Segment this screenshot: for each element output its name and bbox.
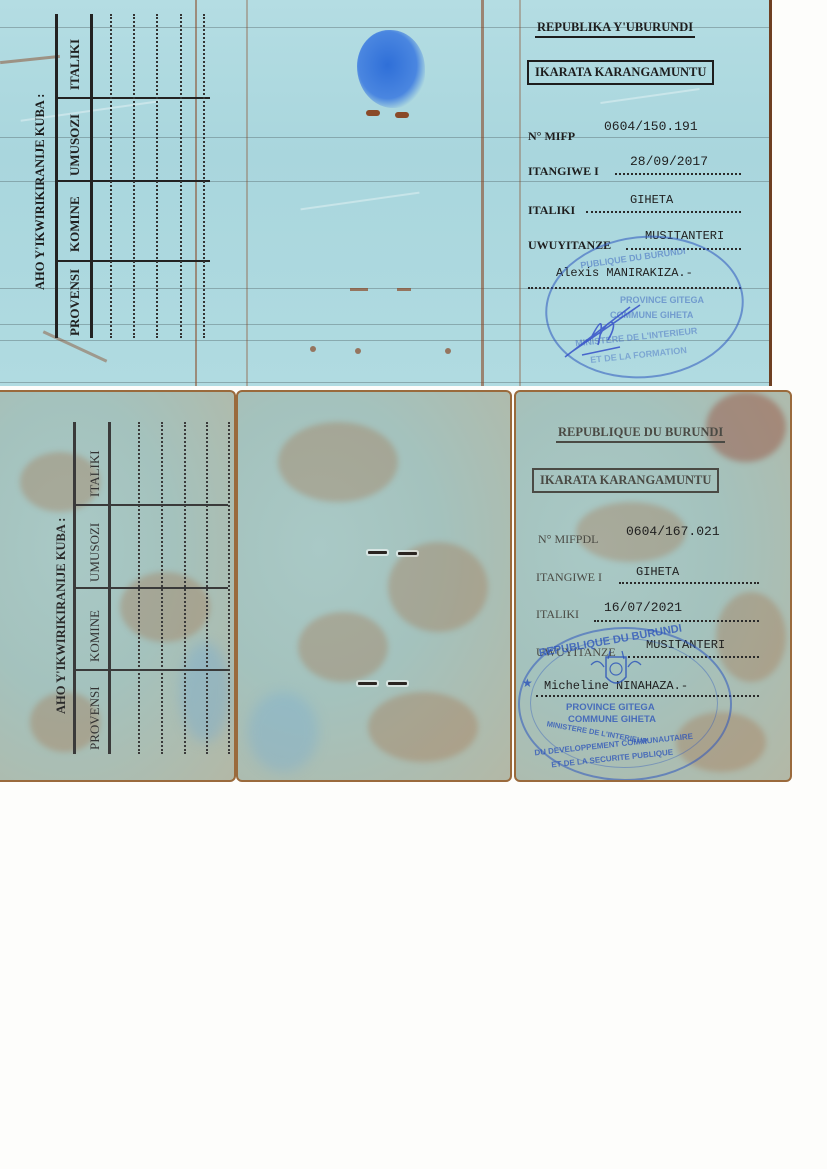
registration-table: AHO Y'IKWIRIKIRANIJE KUBA : PROVENSI KOM… (0, 0, 215, 386)
stain (368, 692, 478, 762)
dotted-row (184, 422, 186, 754)
column-komine: KOMINE (67, 196, 83, 252)
table-rule (55, 14, 58, 338)
top-mifp-label: N° MIFP (528, 129, 575, 144)
top-header-country: REPUBLIKA Y'UBURUNDI (535, 20, 695, 38)
top-italiki-value: GIHETA (630, 193, 673, 207)
dotted-row (133, 14, 135, 338)
column-italiki: ITALIKI (87, 450, 103, 497)
bottom-registration-page: AHO Y'IKWIRIKIRANIJE KUBA : PROVENSI KOM… (0, 390, 236, 782)
top-itangiwe-value: 28/09/2017 (630, 154, 708, 169)
bottom-italiki-value: 16/07/2021 (604, 600, 682, 615)
bottom-header-title: IKARATA KARANGAMUNTU (532, 468, 719, 493)
staple (358, 682, 377, 685)
registration-title: AHO Y'IKWIRIKIRANIJE KUBA : (33, 94, 48, 290)
staple (398, 552, 417, 555)
signature-icon (560, 285, 680, 365)
staple-hole (355, 348, 361, 354)
column-umusozi: UMUSOZI (87, 523, 103, 582)
staple-hole (350, 288, 368, 291)
thumbprint (357, 30, 425, 108)
dotted-field-line (586, 211, 741, 213)
bottom-itangiwe-label: ITANGIWE I (536, 570, 602, 585)
stamp-text: COMMUNE GIHETA (568, 714, 656, 725)
staple-hole (395, 112, 409, 118)
column-provensi: PROVENSI (67, 269, 83, 336)
gloss-streak (600, 88, 699, 104)
dotted-row (138, 422, 140, 754)
dotted-field-line (594, 620, 759, 622)
bottom-middle-page (236, 390, 512, 782)
dotted-row (180, 14, 182, 338)
bottom-header-country: REPUBLIQUE DU BURUNDI (556, 425, 725, 443)
staple-hole (397, 288, 411, 291)
star-icon: ★ (522, 676, 533, 691)
staple-hole (366, 110, 380, 116)
coat-of-arms-icon (586, 647, 646, 697)
stamp-text: PROVINCE GITEGA (566, 702, 655, 713)
bottom-id-page: REPUBLIQUE DU BURUNDI IKARATA KARANGAMUN… (514, 390, 792, 782)
gloss-streak (300, 192, 419, 211)
fold-line (519, 0, 521, 386)
column-umusozi: UMUSOZI (67, 114, 83, 176)
ink-smudge (180, 642, 230, 742)
top-header-title: IKARATA KARANGAMUNTU (527, 60, 714, 85)
column-italiki: ITALIKI (67, 39, 83, 90)
top-card: AHO Y'IKWIRIKIRANIJE KUBA : PROVENSI KOM… (0, 0, 772, 386)
bottom-italiki-label: ITALIKI (536, 607, 579, 622)
stain (298, 612, 388, 682)
top-italiki-label: ITALIKI (528, 203, 575, 218)
staple (368, 551, 387, 554)
dotted-row (156, 14, 158, 338)
stain (388, 542, 488, 632)
bottom-mifp-label: N° MIFPDL (538, 532, 598, 547)
ink-smudge (248, 692, 318, 772)
stain (278, 422, 398, 502)
top-itangiwe-label: ITANGIWE I (528, 164, 599, 179)
dotted-row (110, 14, 112, 338)
column-komine: KOMINE (87, 610, 103, 662)
dotted-row (161, 422, 163, 754)
top-mifp-value: 0604/150.191 (604, 119, 698, 134)
dotted-row (228, 422, 230, 754)
dotted-row (203, 14, 205, 338)
stain (120, 572, 210, 642)
registration-title: AHO Y'IKWIRIKIRANIJE KUBA : (54, 518, 69, 714)
dotted-field-line (619, 582, 759, 584)
fold-line (481, 0, 484, 386)
staple (388, 682, 407, 685)
column-provensi: PROVENSI (87, 686, 103, 750)
fold-line (246, 0, 248, 386)
staple-hole (445, 348, 451, 354)
dotted-field-line (615, 173, 741, 175)
bottom-mifp-value: 0604/167.021 (626, 524, 720, 539)
stain (716, 592, 786, 682)
table-rule (90, 14, 93, 338)
bottom-itangiwe-value: GIHETA (636, 565, 679, 579)
staple-hole (310, 346, 316, 352)
dotted-row (206, 422, 208, 754)
